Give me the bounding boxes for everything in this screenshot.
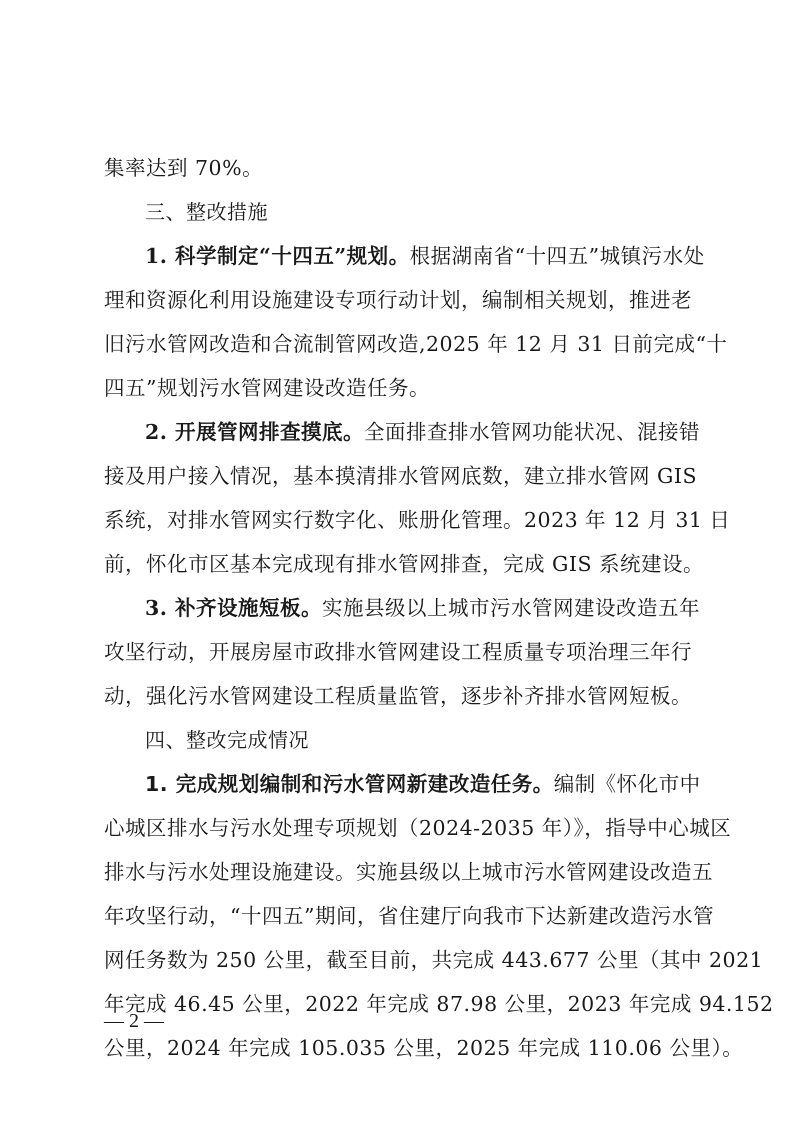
item-title: 1. 完成规划编制和污水管网新建改造任务。 <box>145 772 554 796</box>
section-heading-3: 三、整改措施 <box>104 190 690 234</box>
document-page: 集率达到 70%。 三、整改措施 1. 科学制定“十四五”规划。根据湖南省“十四… <box>104 146 690 1070</box>
paragraph-line: 排水与污水处理设施建设。实施县级以上城市污水管网建设改造五 <box>104 850 690 894</box>
item-title: 2. 开展管网排查摸底。 <box>145 420 364 444</box>
paragraph-line: 年完成 46.45 公里，2022 年完成 87.98 公里，2023 年完成 … <box>104 982 690 1026</box>
paragraph-line: 系统，对排水管网实行数字化、账册化管理。2023 年 12 月 31 日 <box>104 498 690 542</box>
paragraph-line: 1. 科学制定“十四五”规划。根据湖南省“十四五”城镇污水处 <box>104 234 690 278</box>
paragraph-line: 2. 开展管网排查摸底。全面排查排水管网功能状况、混接错 <box>104 410 690 454</box>
item-text: 实施县级以上城市污水管网建设改造五年 <box>322 596 700 620</box>
item-title: 1. 科学制定“十四五”规划。 <box>145 244 410 268</box>
paragraph-line: 接及用户接入情况，基本摸清排水管网底数，建立排水管网 GIS <box>104 454 690 498</box>
paragraph-line: 动，强化污水管网建设工程质量监管，逐步补齐排水管网短板。 <box>104 674 690 718</box>
page-number: — 2 — <box>104 1010 164 1033</box>
paragraph-line: 四五”规划污水管网建设改造任务。 <box>104 366 690 410</box>
item-title: 3. 补齐设施短板。 <box>145 596 322 620</box>
paragraph-line: 集率达到 70%。 <box>104 146 690 190</box>
paragraph-line: 网任务数为 250 公里，截至目前，共完成 443.677 公里（其中 2021 <box>104 938 690 982</box>
item-text: 编制《怀化市中 <box>554 772 701 796</box>
paragraph-line: 心城区排水与污水处理专项规划（2024-2035 年）》，指导中心城区 <box>104 806 690 850</box>
paragraph-line: 前，怀化市区基本完成现有排水管网排查，完成 GIS 系统建设。 <box>104 542 690 586</box>
paragraph-line: 3. 补齐设施短板。实施县级以上城市污水管网建设改造五年 <box>104 586 690 630</box>
section-heading-4: 四、整改完成情况 <box>104 718 690 762</box>
item-text: 全面排查排水管网功能状况、混接错 <box>364 420 700 444</box>
paragraph-line: 攻坚行动，开展房屋市政排水管网建设工程质量专项治理三年行 <box>104 630 690 674</box>
paragraph-line: 旧污水管网改造和合流制管网改造,2025 年 12 月 31 日前完成“十 <box>104 322 690 366</box>
paragraph-line: 理和资源化利用设施建设专项行动计划，编制相关规划，推进老 <box>104 278 690 322</box>
paragraph-line: 公里，2024 年完成 105.035 公里，2025 年完成 110.06 公… <box>104 1026 690 1070</box>
item-text: 根据湖南省“十四五”城镇污水处 <box>410 244 705 268</box>
paragraph-line: 1. 完成规划编制和污水管网新建改造任务。编制《怀化市中 <box>104 762 690 806</box>
paragraph-line: 年攻坚行动，“十四五”期间，省住建厅向我市下达新建改造污水管 <box>104 894 690 938</box>
